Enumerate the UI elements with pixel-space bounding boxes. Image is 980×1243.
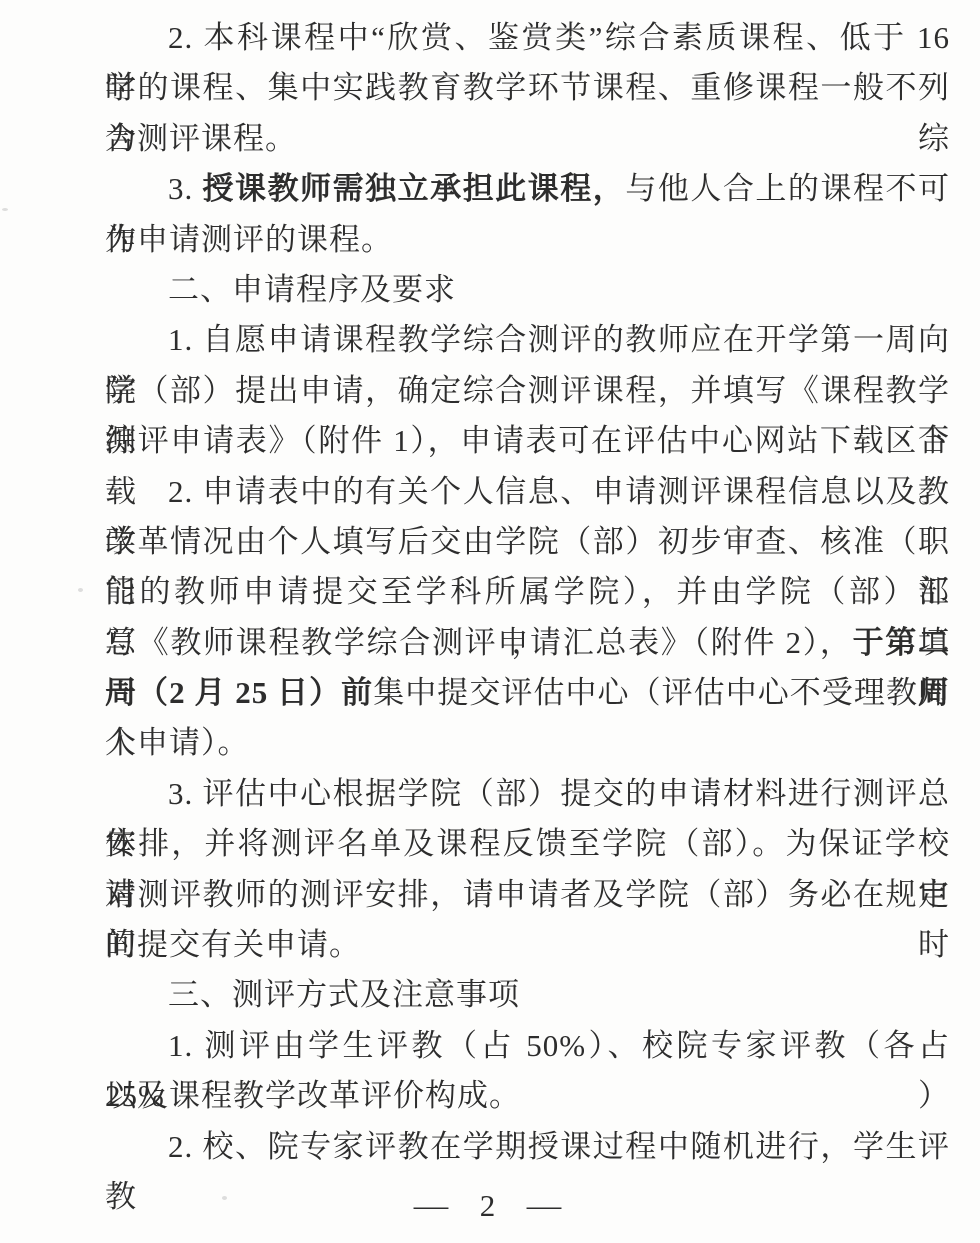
text-line: 人申请）。: [105, 718, 950, 768]
text-segment: 间提交有关申请。: [105, 927, 361, 962]
footer-right-dash: —: [527, 1191, 562, 1221]
text-line: 时的课程、集中实践教育教学环节课程、重修课程一般不列为综: [105, 63, 950, 113]
text-segment: 为申请测评的课程。: [105, 222, 393, 257]
text-line: 安排，并将测评名单及课程反馈至学院（部）。为保证学校对申: [105, 819, 950, 869]
text-line: 2. 校、院专家评教在学期授课过程中随机进行，学生评教: [105, 1122, 950, 1172]
text-line: 1. 测评由学生评教（占 50%）、校院专家评教（各占 25%）: [105, 1021, 950, 1071]
text-segment: 三、测评方式及注意事项: [168, 977, 520, 1012]
page-number: 2: [480, 1188, 496, 1224]
text-line: 2. 本科课程中“欣赏、鉴赏类”综合素质课程、低于 16 学: [105, 13, 950, 63]
text-line: 写《教师课程教学综合测评申请汇总表》（附件 2），于第二周周: [105, 618, 950, 668]
text-line: 测评申请表》（附件 1），申请表可在评估中心网站下载区下载。: [105, 416, 950, 466]
footer-left-dash: —: [414, 1191, 449, 1221]
text-segment-bold: 授课教师需独立承担此课程，: [203, 171, 626, 206]
text-segment-bold: 一（2 月 25 日）前: [105, 675, 373, 710]
text-line: 为申请测评的课程。: [105, 215, 950, 265]
text-line: 2. 申请表中的有关个人信息、申请测评课程信息以及教学: [105, 467, 950, 517]
text-segment: 3.: [168, 171, 203, 206]
text-line: 三、测评方式及注意事项: [105, 970, 950, 1020]
text-segment: 合测评课程。: [105, 121, 297, 156]
text-segment: 以及课程教学改革评价构成。: [105, 1078, 521, 1113]
text-line: 二、申请程序及要求: [105, 265, 950, 315]
scan-artifact: [222, 1196, 227, 1200]
text-line: 一（2 月 25 日）前集中提交评估中心（评估中心不受理教师个: [105, 668, 950, 718]
text-line: 改革情况由个人填写后交由学院（部）初步审查、核准（职能部: [105, 517, 950, 567]
text-line: 1. 自愿申请课程教学综合测评的教师应在开学第一周向学: [105, 315, 950, 365]
page-footer: — 2 —: [105, 1188, 950, 1224]
page-number-block: — 2 —: [416, 1188, 560, 1224]
text-line: 3. 评估中心根据学院（部）提交的申请材料进行测评总体: [105, 769, 950, 819]
text-line: 院（部）提出申请，确定综合测评课程，并填写《课程教学综合: [105, 366, 950, 416]
scan-artifact: [2, 208, 8, 211]
scanned-document-page: 2. 本科课程中“欣赏、鉴赏类”综合素质课程、低于 16 学时的课程、集中实践教…: [0, 0, 980, 1243]
text-line: 请测评教师的测评安排，请申请者及学院（部）务必在规定的时: [105, 870, 950, 920]
scan-artifact: [78, 588, 83, 592]
text-line: 门的教师申请提交至学科所属学院），并由学院（部）汇总，填: [105, 567, 950, 617]
text-segment: 二、申请程序及要求: [168, 272, 456, 307]
document-body: 2. 本科课程中“欣赏、鉴赏类”综合素质课程、低于 16 学时的课程、集中实践教…: [105, 13, 950, 1172]
text-line: 3. 授课教师需独立承担此课程，与他人合上的课程不可作: [105, 164, 950, 214]
text-segment: 人申请）。: [105, 725, 250, 760]
text-segment: 写《教师课程教学综合测评申请汇总表》（附件 2），: [105, 625, 853, 660]
